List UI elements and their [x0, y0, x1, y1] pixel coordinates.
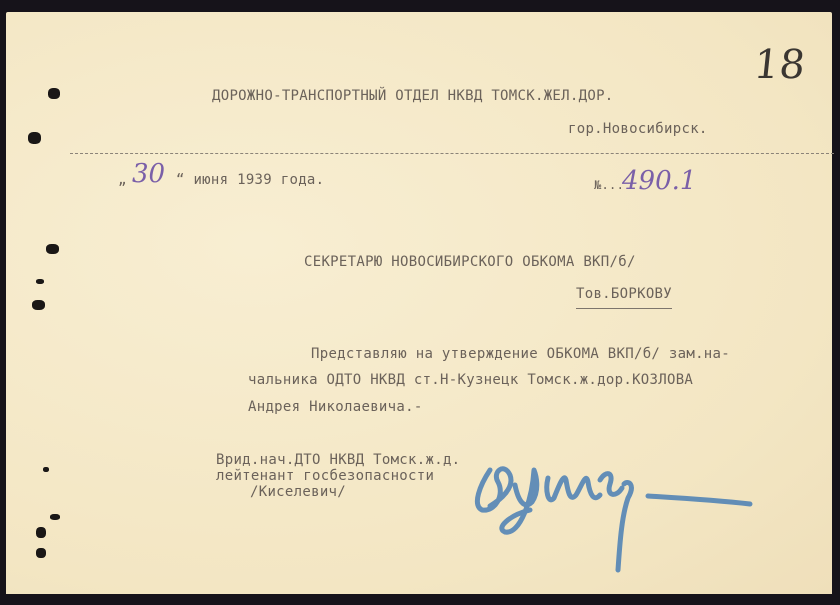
- binding-hole: [36, 527, 46, 538]
- date-prefix: „: [118, 172, 127, 188]
- number-label: №...: [594, 178, 624, 192]
- signature-scribble: [460, 440, 760, 580]
- document-page: 18 ДОРОЖНО-ТРАНСПОРТНЫЙ ОТДЕЛ НКВД ТОМСК…: [6, 12, 832, 594]
- signatory-title: Врид.нач.ДТО НКВД Томск.ж.д.: [216, 452, 460, 468]
- body-line-2: чальника ОДТО НКВД ст.Н-Кузнецк Томск.ж.…: [248, 372, 693, 388]
- binding-hole: [46, 244, 59, 254]
- department-header: ДОРОЖНО-ТРАНСПОРТНЫЙ ОТДЕЛ НКВД ТОМСК.ЖЕ…: [212, 88, 614, 104]
- date-rest: “ июня 1939 года.: [176, 172, 324, 188]
- signatory-name: /Киселевич/: [250, 484, 346, 500]
- document-number: 490.1: [622, 166, 696, 196]
- addressee-line-2: Тов.БОРКОВУ: [576, 286, 672, 309]
- header-divider: [70, 153, 834, 154]
- binding-hole: [28, 132, 41, 144]
- city-line: гор.Новосибирск.: [568, 121, 708, 137]
- signatory-rank: лейтенант госбезопасности: [216, 468, 434, 484]
- binding-hole: [43, 467, 49, 472]
- binding-hole: [32, 300, 45, 310]
- date-day: 30: [132, 159, 165, 189]
- binding-hole: [48, 88, 60, 99]
- binding-hole: [36, 548, 46, 558]
- body-line-3: Андрея Николаевича.-: [248, 399, 423, 415]
- binding-hole: [50, 514, 60, 520]
- archive-sheet-number: 18: [752, 42, 808, 88]
- body-line-1: Представляю на утверждение ОБКОМА ВКП/б/…: [311, 346, 730, 362]
- addressee-line-1: СЕКРЕТАРЮ НОВОСИБИРСКОГО ОБКОМА ВКП/б/: [304, 254, 636, 270]
- binding-hole: [36, 279, 44, 284]
